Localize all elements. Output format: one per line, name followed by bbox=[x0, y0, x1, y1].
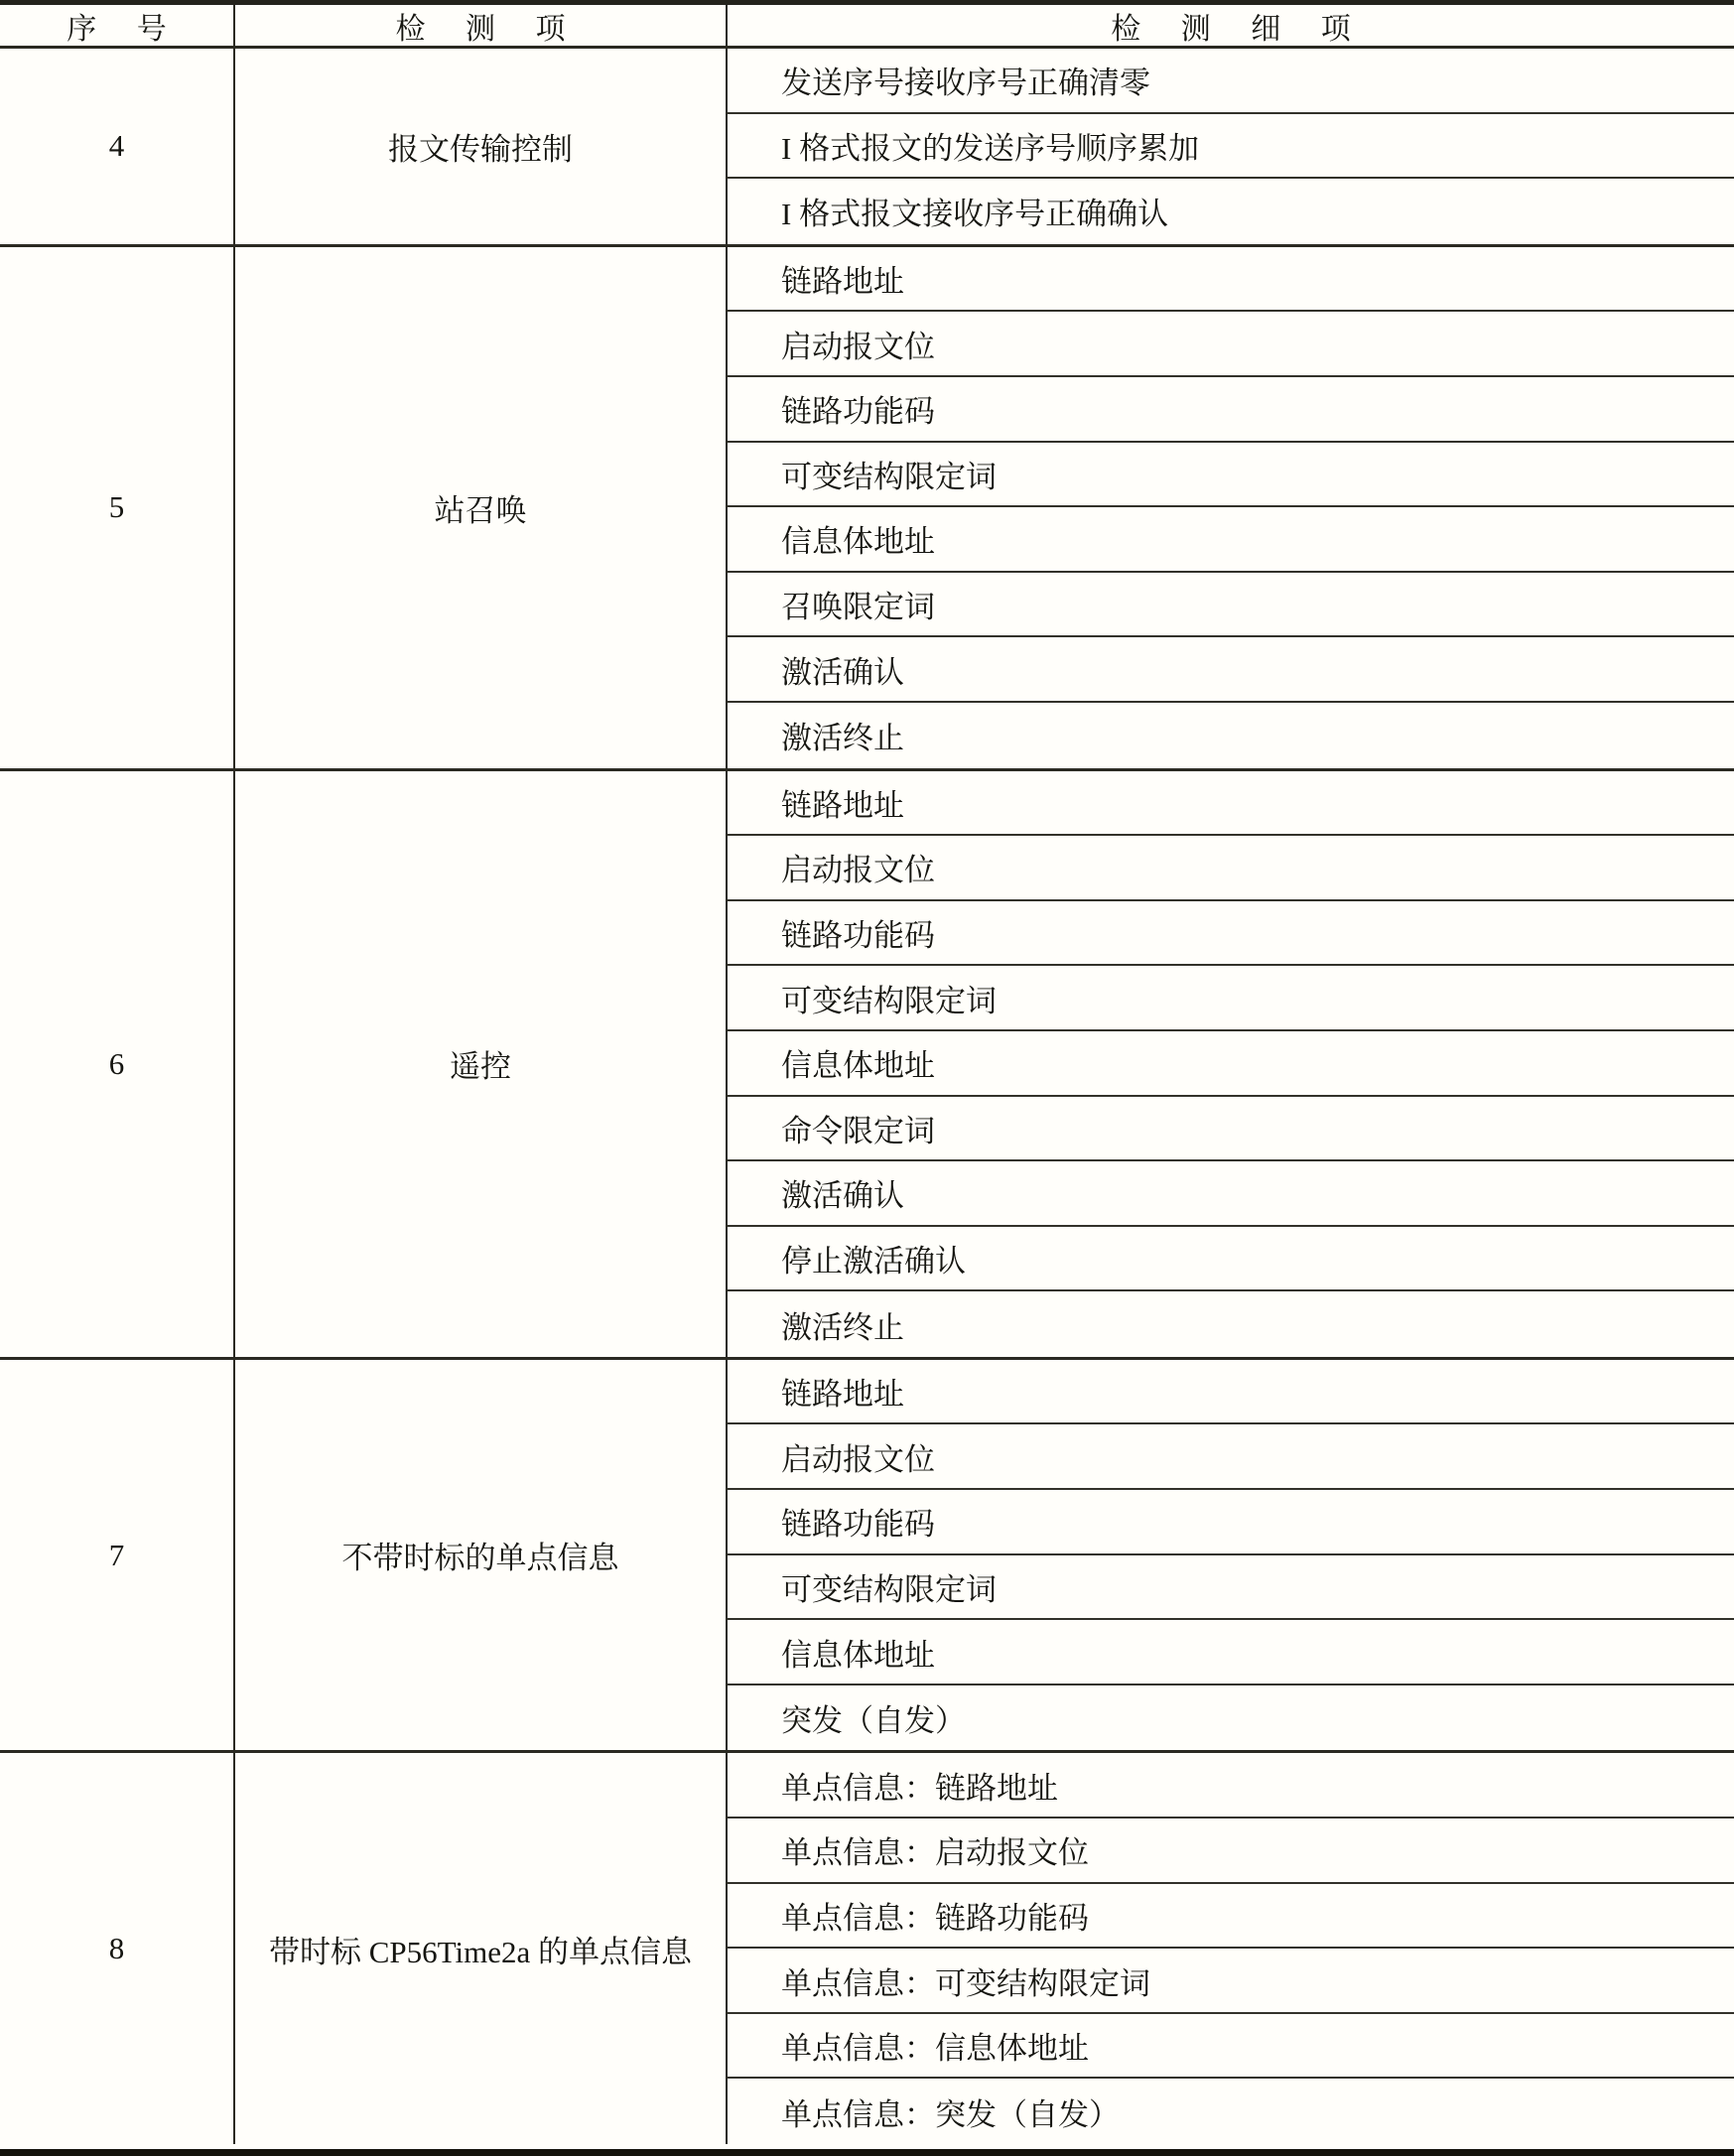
test-detail-cell: I 格式报文的发送序号顺序累加 bbox=[728, 114, 1734, 180]
test-detail-cell: 信息体地址 bbox=[728, 1620, 1734, 1685]
test-detail-list: 链路地址 启动报文位 链路功能码 可变结构限定词 信息体地址 命令限定词 激活确… bbox=[728, 771, 1734, 1357]
test-detail-cell: 信息体地址 bbox=[728, 507, 1734, 573]
test-item-cell: 站召唤 bbox=[235, 247, 728, 768]
test-detail-cell: 可变结构限定词 bbox=[728, 966, 1734, 1031]
test-detail-list: 发送序号接收序号正确清零 I 格式报文的发送序号顺序累加 I 格式报文接收序号正… bbox=[728, 49, 1734, 244]
test-detail-list: 单点信息：链路地址 单点信息：启动报文位 单点信息：链路功能码 单点信息：可变结… bbox=[728, 1753, 1734, 2144]
test-detail-cell: 激活终止 bbox=[728, 1291, 1734, 1357]
seq-no-cell: 6 bbox=[0, 771, 235, 1357]
seq-no-cell: 7 bbox=[0, 1360, 235, 1751]
test-detail-cell: 链路功能码 bbox=[728, 377, 1734, 443]
test-items-table: 序 号 检 测 项 检 测 细 项 4 报文传输控制 发送序号接收序号正确清零 … bbox=[0, 0, 1734, 2156]
test-detail-cell: 突发（自发） bbox=[728, 1685, 1734, 1751]
table-group-row-8: 8 带时标 CP56Time2a 的单点信息 单点信息：链路地址 单点信息：启动… bbox=[0, 1753, 1734, 2144]
table-group-row-4: 4 报文传输控制 发送序号接收序号正确清零 I 格式报文的发送序号顺序累加 I … bbox=[0, 49, 1734, 247]
test-detail-cell: 启动报文位 bbox=[728, 312, 1734, 377]
test-detail-cell: 启动报文位 bbox=[728, 1424, 1734, 1490]
test-detail-cell: I 格式报文接收序号正确确认 bbox=[728, 179, 1734, 244]
test-detail-cell: 链路地址 bbox=[728, 771, 1734, 837]
test-detail-list: 链路地址 启动报文位 链路功能码 可变结构限定词 信息体地址 召唤限定词 激活确… bbox=[728, 247, 1734, 768]
document-page: 序 号 检 测 项 检 测 细 项 4 报文传输控制 发送序号接收序号正确清零 … bbox=[0, 0, 1734, 2156]
column-header-test-detail: 检 测 细 项 bbox=[728, 5, 1734, 46]
table-header-row: 序 号 检 测 项 检 测 细 项 bbox=[0, 5, 1734, 49]
test-item-cell: 遥控 bbox=[235, 771, 728, 1357]
test-detail-cell: 单点信息：突发（自发） bbox=[728, 2079, 1734, 2144]
table-group-row-5: 5 站召唤 链路地址 启动报文位 链路功能码 可变结构限定词 信息体地址 召唤限… bbox=[0, 247, 1734, 771]
test-detail-cell: 信息体地址 bbox=[728, 1031, 1734, 1097]
test-detail-cell: 激活确认 bbox=[728, 1161, 1734, 1227]
table-group-row-7: 7 不带时标的单点信息 链路地址 启动报文位 链路功能码 可变结构限定词 信息体… bbox=[0, 1360, 1734, 1754]
test-item-cell: 不带时标的单点信息 bbox=[235, 1360, 728, 1751]
test-item-cell: 带时标 CP56Time2a 的单点信息 bbox=[235, 1753, 728, 2144]
test-detail-cell: 链路地址 bbox=[728, 1360, 1734, 1425]
test-detail-cell: 激活确认 bbox=[728, 637, 1734, 703]
test-detail-cell: 命令限定词 bbox=[728, 1097, 1734, 1162]
test-detail-cell: 召唤限定词 bbox=[728, 573, 1734, 638]
test-detail-cell: 链路地址 bbox=[728, 247, 1734, 313]
test-detail-cell: 发送序号接收序号正确清零 bbox=[728, 49, 1734, 114]
column-header-test-item: 检 测 项 bbox=[235, 5, 728, 46]
test-detail-cell: 单点信息：链路功能码 bbox=[728, 1884, 1734, 1950]
test-detail-list: 链路地址 启动报文位 链路功能码 可变结构限定词 信息体地址 突发（自发） bbox=[728, 1360, 1734, 1751]
test-item-cell: 报文传输控制 bbox=[235, 49, 728, 244]
test-detail-cell: 单点信息：信息体地址 bbox=[728, 2014, 1734, 2080]
seq-no-cell: 5 bbox=[0, 247, 235, 768]
test-detail-cell: 单点信息：链路地址 bbox=[728, 1753, 1734, 1819]
test-detail-cell: 可变结构限定词 bbox=[728, 443, 1734, 508]
test-detail-cell: 单点信息：启动报文位 bbox=[728, 1819, 1734, 1884]
test-detail-cell: 链路功能码 bbox=[728, 1490, 1734, 1555]
seq-no-cell: 8 bbox=[0, 1753, 235, 2144]
test-detail-cell: 启动报文位 bbox=[728, 836, 1734, 901]
column-header-seq-no: 序 号 bbox=[0, 5, 235, 46]
test-detail-cell: 激活终止 bbox=[728, 703, 1734, 768]
test-detail-cell: 链路功能码 bbox=[728, 901, 1734, 967]
seq-no-cell: 4 bbox=[0, 49, 235, 244]
test-detail-cell: 可变结构限定词 bbox=[728, 1555, 1734, 1621]
table-group-row-6: 6 遥控 链路地址 启动报文位 链路功能码 可变结构限定词 信息体地址 命令限定… bbox=[0, 771, 1734, 1360]
test-detail-cell: 停止激活确认 bbox=[728, 1227, 1734, 1292]
test-detail-cell: 单点信息：可变结构限定词 bbox=[728, 1949, 1734, 2014]
